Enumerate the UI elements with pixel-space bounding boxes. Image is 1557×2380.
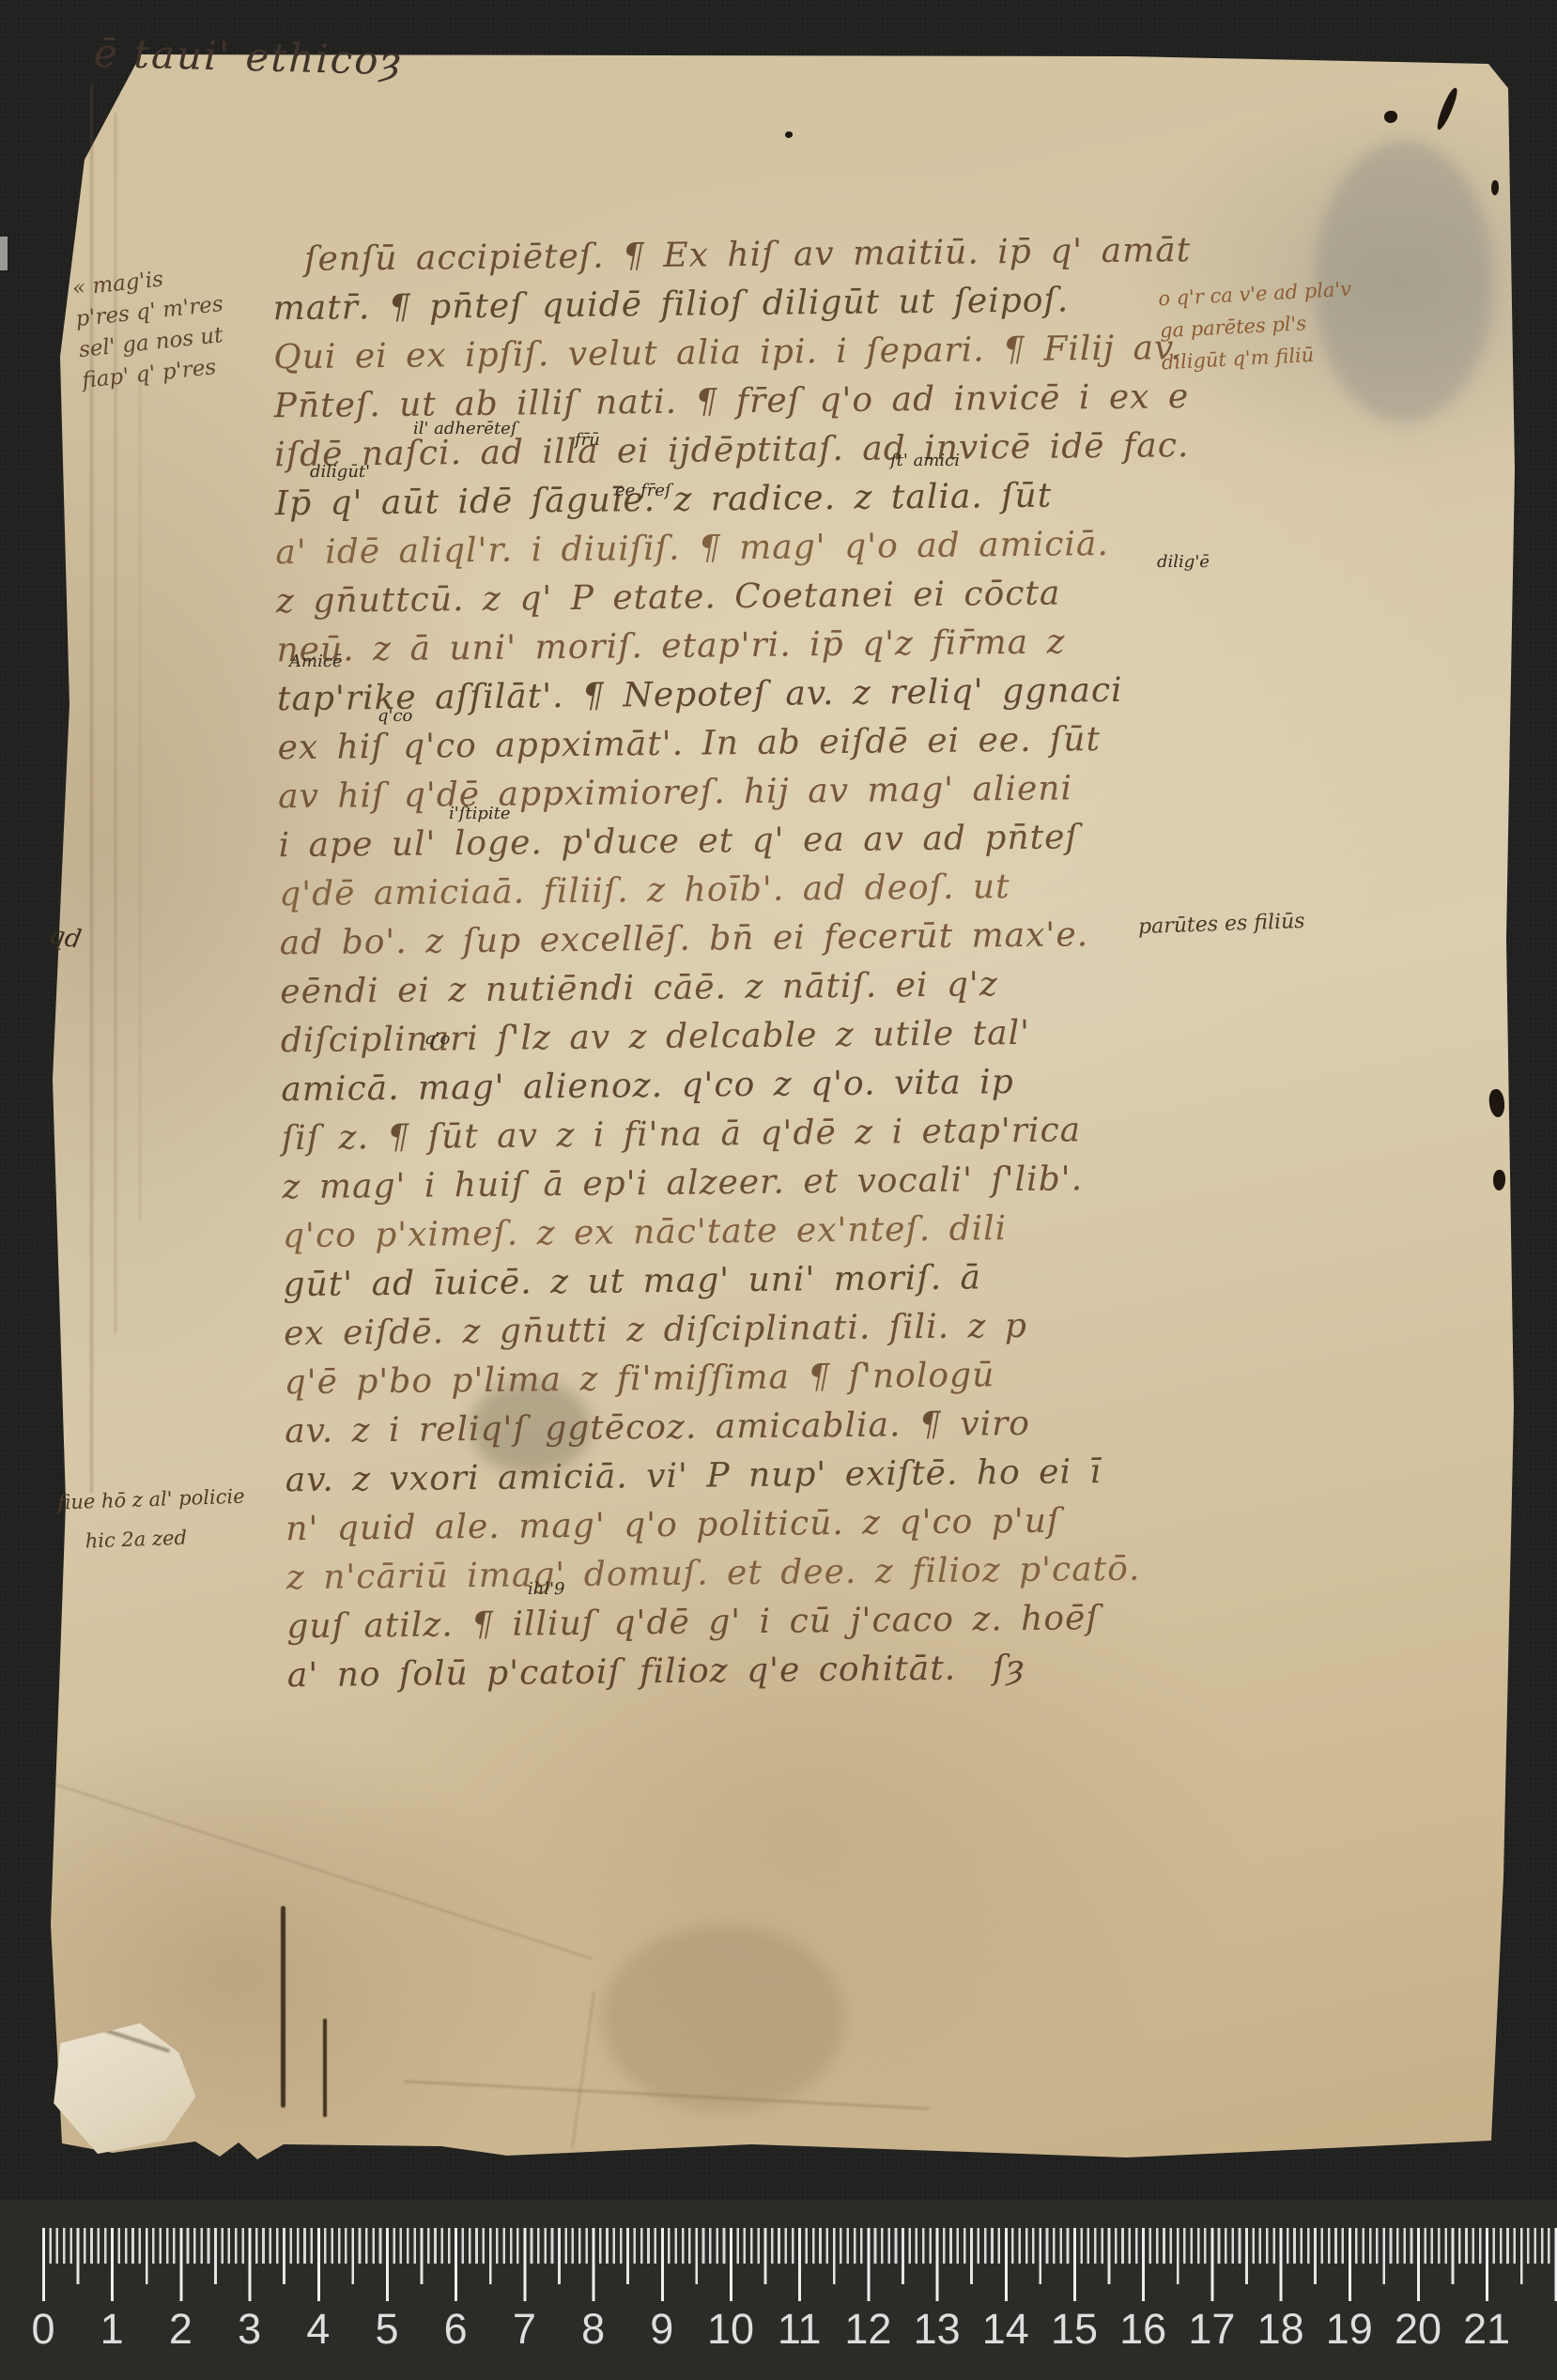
ruler-label: 20 <box>1395 2305 1441 2354</box>
ruler-label: 10 <box>707 2305 754 2354</box>
margin-note-left-mark: qd <box>46 919 84 956</box>
running-title: ē taui' ethicoȝ <box>93 30 403 84</box>
ruler-label: 0 <box>31 2305 54 2354</box>
ruler-label: 9 <box>650 2305 673 2354</box>
interlinear-note: ee fr̄eſ <box>615 481 671 500</box>
ruler-label: 1 <box>100 2305 124 2354</box>
interlinear-note: i'ſtipite <box>449 804 511 823</box>
ruler-label: 4 <box>306 2305 330 2354</box>
ruler-label: 15 <box>1051 2305 1098 2354</box>
margin-note-right-mid: parūtes es filiūs <box>1137 906 1305 943</box>
text-line: ex hiſ q'co appximāt'. In ab eiſdē ei ee… <box>277 714 1216 773</box>
main-text-block: ſenſū accipiēteſ. ¶ Ex hiſ av maitiū. ip… <box>272 226 1226 1700</box>
text-line: a' idē aliql'r. i diuiſiſ. ¶ mag' q'o ad… <box>275 519 1214 577</box>
text-line: av. z vxori amiciā. vi' P nup' exiſtē. h… <box>285 1447 1224 1505</box>
stain <box>601 1925 845 2112</box>
ruler-label: 19 <box>1326 2305 1373 2354</box>
margin-note-left-lower: fiue hō z al' policiehic 2a zed <box>57 1477 247 1562</box>
ruler-label: 21 <box>1463 2305 1510 2354</box>
interlinear-note: dilig'ē <box>1157 552 1210 572</box>
interlinear-note: ihl'9 <box>528 1579 565 1599</box>
margin-note-left-top: « mag'isp'res q' m'ressel' ga nos utfiap… <box>71 258 232 397</box>
ruler-label: 14 <box>982 2305 1029 2354</box>
document-photo: ē taui' ethicoȝ ſenſū accipiēteſ. ¶ Ex h… <box>0 0 1557 2380</box>
measurement-ruler: 0123456789101112131415161718192021 <box>0 2200 1557 2380</box>
text-line: i ape ul' loge. p'duce et q' ea av ad pn… <box>278 812 1217 870</box>
text-line: ſenſū accipiēteſ. ¶ Ex hiſ av maitiū. ip… <box>272 226 1211 284</box>
margin-note-line: qd <box>46 919 84 956</box>
interlinear-note: ſt' amici <box>890 451 960 470</box>
ruler-label: 5 <box>375 2305 398 2354</box>
ruler-label: 17 <box>1188 2305 1235 2354</box>
text-line: ad bo'. z ſup excellēſ. bn̄ ei fecerūt m… <box>279 910 1218 968</box>
interlinear-note: diligūt' <box>310 462 370 482</box>
ruler-label: 16 <box>1119 2305 1166 2354</box>
ruler-label: 18 <box>1257 2305 1304 2354</box>
text-line: z mag' i huiſ ā ep'i alzeer. et vocali' … <box>282 1154 1221 1212</box>
ruler-label: 11 <box>778 2305 822 2354</box>
ruler-label: 6 <box>444 2305 468 2354</box>
text-line: a' no ſolū p'catoiſ filioz q'e cohitāt. … <box>287 1642 1226 1700</box>
margin-note-line: hic 2a zed <box>58 1516 247 1562</box>
interlinear-note: il' adherēteſ <box>413 419 517 438</box>
ruler-ticks-cm <box>42 2228 1557 2301</box>
interlinear-note: Amicē <box>289 652 343 671</box>
edge-artifact <box>0 237 8 270</box>
margin-note-line: parūtes es filiūs <box>1137 906 1305 943</box>
interlinear-note: q'o <box>424 1029 450 1049</box>
ruler-label: 7 <box>513 2305 536 2354</box>
margin-note-right-top: o q'r ca v'e ad pla'vga parētes pl'sdili… <box>1157 273 1355 379</box>
ruler-label: 3 <box>238 2305 261 2354</box>
ruler-label: 13 <box>914 2305 961 2354</box>
ruler-label: 8 <box>581 2305 605 2354</box>
text-line: guſ atilz. ¶ illiuſ q'dē g' i cū j'caco … <box>286 1593 1226 1651</box>
ruler-label: 12 <box>844 2305 891 2354</box>
interlinear-note: q'co <box>378 706 412 726</box>
ruler-label: 2 <box>169 2305 193 2354</box>
interlinear-note: fr̄ū <box>575 430 600 450</box>
margin-note-line: fiue hō z al' policie <box>57 1477 246 1523</box>
